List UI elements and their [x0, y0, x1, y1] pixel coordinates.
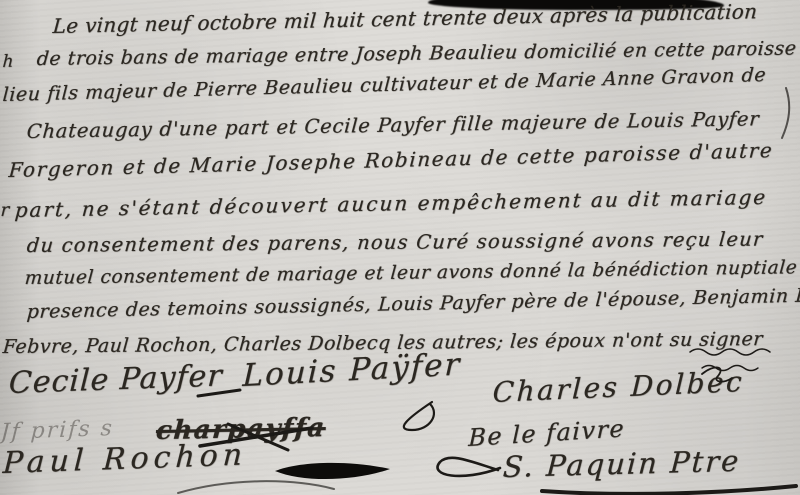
paquin-underline-flourish — [542, 486, 796, 494]
signature-curl — [404, 402, 434, 430]
record-line-5: Forgeron et de Marie Josephe Robineau de… — [8, 138, 774, 182]
signature-paquin-priest: S. Paquin Ptre — [502, 444, 741, 484]
right-edge-ink-mark — [782, 88, 789, 138]
record-line-1: Le vingt neuf octobre mil huit cent tren… — [52, 0, 758, 38]
margin-mark-line6: r — [0, 200, 10, 221]
paquin-loop-flourish — [438, 458, 500, 476]
ink-blot-flourish — [275, 463, 390, 479]
signature-scribble-faint: Jf prifs s — [0, 416, 115, 445]
record-line-6: part, ne s'étant découvert aucun empêche… — [14, 185, 768, 222]
record-line-9: presence des temoins soussignés, Louis P… — [26, 284, 800, 323]
record-line-2: de trois bans de mariage entre Joseph Be… — [36, 37, 797, 70]
record-line-3: lieu fils majeur de Pierre Beaulieu cult… — [2, 64, 767, 106]
signature-charles-dolbec: Charles Dolbec — [492, 365, 745, 409]
record-line-7: du consentement des parens, nous Curé so… — [26, 228, 764, 257]
record-line-4: Chateaugay d'une part et Cecile Payfer f… — [26, 107, 760, 143]
scanned-parish-record: Le vingt neuf octobre mil huit cent tren… — [0, 0, 800, 495]
signature-lefaivre: Be le faivre — [468, 414, 626, 452]
margin-mark-line2: h — [2, 52, 14, 72]
record-line-8: mutuel consentement de mariage et leur a… — [24, 257, 800, 289]
signature-cecile-payfer: Cecile Payfer — [8, 358, 224, 401]
signature-paul-rochon: Paul Rochon — [2, 437, 248, 481]
cutoff-signature-arc — [178, 481, 334, 493]
